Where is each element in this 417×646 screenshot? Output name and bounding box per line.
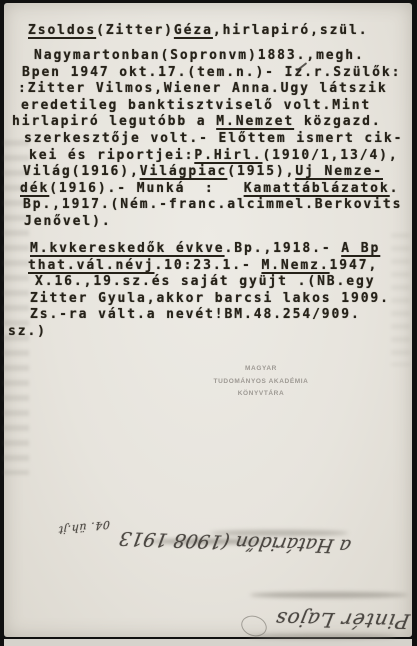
text-segment: közgazd. (294, 114, 382, 129)
typed-line: szerkesztője volt.- Előttem ismert cik- (24, 131, 417, 148)
typed-line: dék(1916).- Munká : Kamattáblázatok. (20, 181, 417, 198)
text-segment: Bp.,1917.(Ném.-franc.alcimmel.Berkovits (23, 197, 402, 212)
typed-line: M.kvkereskedők évkve.Bp.,1918.- A Bp (30, 241, 417, 258)
typed-line: sz.) (8, 324, 417, 341)
stamp-line-1: MAGYAR (200, 363, 322, 376)
underlined-text-segment: M.kvkereskedők évkve (30, 241, 225, 256)
text-segment: .10:23.1.- (154, 258, 261, 273)
underlined-text-segment: dék (20, 181, 49, 196)
typed-line: X.16.,19.sz.és saját gyüjt .(NB.egy (35, 274, 417, 291)
text-segment: szerkesztője volt.- Előttem ismert cik- (24, 131, 403, 146)
text-segment: Nagymartonban(Sopronvm)1883.,megh. (34, 48, 365, 63)
typed-line: kei és riportjei:P.Hirl.(1910/1,13/4), (29, 148, 417, 165)
text-segment: sz.) (8, 324, 47, 339)
text-segment: Világ(1916), (23, 164, 140, 179)
handwritten-signature-upside-down: Pintér Lajos (237, 599, 413, 634)
underlined-text-segment: Uj Nemze- (295, 164, 383, 179)
typed-line: Világ(1916),Világpiac(1915),Uj Nemze- (23, 164, 417, 181)
typed-line: Zs.-ra vált.a nevét!BM.48.254/909. (30, 307, 417, 324)
typed-line: hirlapiró legutóbb a M.Nemzet közgazd. (12, 114, 417, 131)
typed-paragraph-biography: Zsoldos(Zitter)Géza,hirlapiró,szül.Nagym… (0, 23, 417, 231)
typed-line: :Zitter Vilmos,Wiener Anna.Ugy látszik (18, 81, 417, 98)
underlined-text-segment: P.Hirl. (194, 148, 262, 163)
underlined-text-segment: A Bp (341, 241, 380, 256)
underlined-text-segment: Géza (174, 23, 213, 38)
text-segment: (1916).- Munká : (49, 181, 244, 196)
text-segment: eredetileg banktisztviselő volt.Mint (21, 98, 371, 113)
text-segment: X.16.,19.sz.és saját gyüjt .(NB.egy (35, 274, 375, 289)
underlined-text-segment: Zsoldos (28, 23, 96, 38)
underlined-text-segment: that.vál.névj (28, 258, 154, 273)
typed-line: Nagymartonban(Sopronvm)1883.,megh. (34, 48, 417, 65)
text-segment: Zs.-ra vált.a nevét!BM.48.254/909. (30, 307, 361, 322)
typed-line: Zitter Gyula,akkor barcsi lakos 1909. (30, 291, 417, 308)
typed-line: Zsoldos(Zitter)Géza,hirlapiró,szül. (28, 23, 417, 40)
signature-lower-smear (248, 634, 396, 639)
library-stamp: MAGYAR TUDOMÁNYOS AKADÉMIA KÖNYVTÁRA (200, 363, 322, 401)
underlined-text-segment: M.Nemz. (261, 258, 329, 273)
typed-line: Bp.,1917.(Ném.-franc.alcimmel.Berkovits (23, 197, 417, 214)
stamp-line-2: TUDOMÁNYOS AKADÉMIA (200, 376, 322, 389)
typed-line: Bpen 1947 okt.17.(tem.n.)- Iz.r.Szülők: (22, 65, 417, 82)
text-segment: (1910/1,13/4), (262, 148, 398, 163)
stamp-line-3: KÖNYVTÁRA (200, 388, 322, 401)
text-segment: (1915), (227, 164, 295, 179)
text-segment: Zitter Gyula,akkor barcsi lakos 1909. (30, 291, 390, 306)
typed-line: eredetileg banktisztviselő volt.Mint (21, 98, 417, 115)
text-segment: . (390, 181, 400, 196)
typed-paragraph-sources: M.kvkereskedők évkve.Bp.,1918.- A Bpthat… (0, 241, 417, 341)
text-segment: (Zitter) (96, 23, 174, 38)
handwritten-note-date: 04. üh.jt (58, 518, 110, 537)
catalog-card-photo: Zsoldos(Zitter)Géza,hirlapiró,szül.Nagym… (0, 0, 417, 646)
text-segment: 1947, (330, 258, 379, 273)
text-segment: .Bp.,1918.- (225, 241, 342, 256)
underlined-text-segment: Kamattáblázatok (244, 181, 390, 196)
underlined-text-segment: Világpiac (140, 164, 228, 179)
text-segment: :Zitter Vilmos,Wiener Anna.Ugy látszik (18, 81, 388, 96)
typed-line: Jenővel). (24, 214, 417, 231)
text-segment: ,hirlapiró,szül. (213, 23, 369, 38)
typed-line: that.vál.névj.10:23.1.- M.Nemz.1947, (28, 258, 417, 275)
text-segment: kei és riportjei: (29, 148, 194, 163)
text-segment: Jenővel). (24, 214, 112, 229)
text-segment: Bpen 1947 okt.17.(tem.n.)- Iz.r.Szülők: (22, 65, 401, 80)
text-segment: hirlapiró legutóbb a (12, 114, 216, 129)
signature-underline-smear (250, 592, 408, 598)
card-bottom-edge (4, 639, 412, 646)
underlined-text-segment: M.Nemzet (216, 114, 294, 129)
